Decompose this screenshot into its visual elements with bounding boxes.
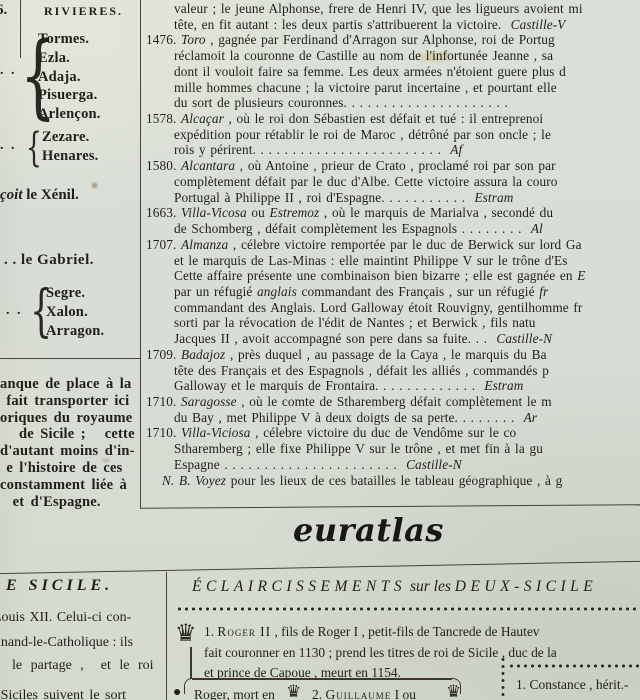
text-segment: Saragosse xyxy=(181,394,237,409)
battle-text-line: expédition pour rétablir le roi de Maroc… xyxy=(146,127,640,143)
scanned-atlas-page: 6. RIVIERES. . . { Tormes.Ezla.Adaja.Pis… xyxy=(0,0,640,700)
text-segment: , célebre victoire remportée par le duc … xyxy=(228,237,581,252)
text-segment: Al xyxy=(531,221,543,236)
battle-text-line: 1580. Alcantara , où Antoine , prieur de… xyxy=(146,158,640,174)
text-segment: Estram xyxy=(484,378,523,393)
text-line: Zezare. xyxy=(42,128,99,147)
crown-icon: ♛ xyxy=(446,682,461,700)
text-segment: Cette affaire présente une combinaison b… xyxy=(174,268,577,283)
genealogy-connector-line xyxy=(190,647,192,679)
battle-text-line: 1710. Saragosse , où le comte de Stharem… xyxy=(146,394,640,410)
battles-bottom-rule xyxy=(140,504,640,508)
leader-dots: . . xyxy=(0,63,17,79)
battle-text-line: rois y périrent. . . . . . . . . . . . .… xyxy=(146,142,640,158)
rivers-section-rule xyxy=(0,358,141,359)
text-segment: Almanza xyxy=(181,237,228,252)
text-segment: Alcantara xyxy=(181,158,235,173)
text-segment: , où le roi don Sébastien est défait et … xyxy=(224,111,543,126)
text-segment: 1710. xyxy=(146,394,181,409)
battle-text-line: mille hommes chacune ; la victoire parut… xyxy=(146,80,640,96)
text-segment: Roger, mort en xyxy=(194,687,275,700)
battle-text-line: Stharemberg ; elle fixe Philippe V sur l… xyxy=(146,441,640,457)
text-segment: du sort de plusieurs couronnes. . . . . … xyxy=(174,95,508,110)
text-segment: Badajoz xyxy=(181,347,225,362)
text-segment: commandant des Anglais. Lord Galloway ét… xyxy=(174,300,582,315)
text-line: et d'Espagne. xyxy=(0,494,135,511)
text-segment: sur les xyxy=(406,578,455,595)
text-segment: Espagne . . . . . . . . . . . . . . . . … xyxy=(174,457,406,472)
text-segment: Stharemberg ; elle fixe Philippe V sur l… xyxy=(174,441,543,456)
river-group-list: Tormes.Ezla.Adaja.Pisuerga.Arlençon. xyxy=(38,30,101,124)
text-segment: et le marquis de Las-Minas : elle mainti… xyxy=(174,253,568,268)
genealogy-cell: 1. Constance , hérit.- xyxy=(516,677,628,693)
text-line: dinand-le-Catholique : ils xyxy=(0,635,133,651)
battle-text-line: Cette affaire présente une combinaison b… xyxy=(146,268,640,284)
leader-dots: . . xyxy=(6,303,23,319)
text-segment: Castille-V xyxy=(511,17,566,32)
battle-text-line: complètement défait par le duc d'Albe. C… xyxy=(146,174,640,190)
text-segment: Guillaume xyxy=(326,687,392,700)
text-segment: ou xyxy=(247,205,270,220)
deceased-bullet-icon: ● xyxy=(173,685,181,700)
text-segment: , où le comte de Stharemberg défait comp… xyxy=(237,394,552,409)
text-segment: 1707. xyxy=(146,237,181,252)
text-segment: 1578. xyxy=(146,111,181,126)
text-segment: Af xyxy=(450,142,462,157)
battle-text-line: sorti par la révocation de l'édit de Nan… xyxy=(146,315,640,331)
text-segment: le Xénil. xyxy=(23,187,79,203)
river-group-list: Segre.Xalon.Arragon. xyxy=(46,284,104,340)
battle-text-line: 1709. Badajoz , près duquel , au passage… xyxy=(146,347,640,363)
text-segment: 1710. xyxy=(146,425,181,440)
text-segment: . . le Gabriel. xyxy=(4,252,94,268)
battle-text-line: Galloway et le marquis de Frontaira. . .… xyxy=(146,378,640,394)
battle-text-line: N. B. Voyez pour les lieux de ces batail… xyxy=(146,473,640,489)
battle-text-line: commandant des Anglais. Lord Galloway ét… xyxy=(146,300,640,316)
text-segment: , où Antoine , prieur de Crato , proclam… xyxy=(235,158,556,173)
text-segment: çoit xyxy=(0,187,23,203)
text-segment: , fils de Roger I , petit-fils de Tancre… xyxy=(271,624,539,639)
battle-text-line: tête, en fit autant : les deux partis s'… xyxy=(146,17,640,33)
crown-icon: ♛ xyxy=(175,619,197,647)
text-segment: mille hommes chacune ; la victoire parut… xyxy=(174,80,557,95)
dotted-border-horizontal xyxy=(508,663,640,669)
text-line: fait transporter ici xyxy=(0,393,135,410)
river-group-list: Zezare.Henares. xyxy=(42,128,99,166)
text-segment: sorti par la révocation de l'édit de Nan… xyxy=(174,315,536,330)
text-line: Ezla. xyxy=(38,49,101,68)
text-segment: de Schomberg , défait complètement les E… xyxy=(174,221,531,236)
text-segment: 1. Constance , hérit.- xyxy=(516,677,628,692)
eclaircissements-heading: ÉCLAIRCISSEMENTS sur les DEUX-SICILE xyxy=(192,578,597,596)
text-segment: Castille-N xyxy=(406,457,462,472)
dotted-separator xyxy=(176,606,640,612)
genealogy-cell: Roger, mort en xyxy=(194,687,275,700)
text-segment: fr xyxy=(539,284,548,299)
battle-text-line: réclamoit la couronne de Castille au nom… xyxy=(146,48,640,64)
text-line: Louis XII. Celui-ci con- xyxy=(0,610,131,626)
text-segment: rois y périrent. . . . . . . . . . . . .… xyxy=(174,142,450,157)
text-segment: 1. xyxy=(204,624,217,639)
text-segment: , célebre victoire du duc de Vendôme sur… xyxy=(251,425,517,440)
battle-text-line: 1578. Alcaçar , où le roi don Sébastien … xyxy=(146,111,640,127)
text-line: Tormes. xyxy=(38,30,101,49)
text-line: anque de place à la xyxy=(0,376,135,393)
text-segment: réclamoit la couronne de Castille au nom… xyxy=(174,48,553,63)
dotted-border-vertical xyxy=(500,656,506,700)
text-segment: expédition pour rétablir le roi de Maroc… xyxy=(174,127,551,142)
text-segment: pour les lieux de ces batailles le table… xyxy=(226,473,562,488)
cut-number-fragment: 6. xyxy=(0,2,7,19)
text-segment: anglais xyxy=(257,284,297,299)
battle-text-line: Espagne . . . . . . . . . . . . . . . . … xyxy=(146,457,640,473)
text-line: Henares. xyxy=(42,147,99,166)
text-line: Xalon. xyxy=(46,303,104,322)
battle-text-line: 1707. Almanza , célebre victoire remport… xyxy=(146,237,640,253)
text-segment: complètement défait par le duc d'Albe. C… xyxy=(174,174,558,189)
text-line: fait couronner en 1130 ; prend les titre… xyxy=(204,643,640,664)
text-segment: Roger II xyxy=(217,624,271,639)
text-segment: E xyxy=(577,268,585,283)
left-note-paragraph: anque de place à la fait transporter ici… xyxy=(0,376,135,510)
text-segment: 1580. xyxy=(146,158,181,173)
text-line: Pisuerga. xyxy=(38,86,101,105)
text-segment: Villa-Viciosa xyxy=(181,425,251,440)
text-line: de Sicile ; cette xyxy=(0,426,135,443)
text-line: Segre. xyxy=(46,284,104,303)
roger-paragraph: 1. Roger II , fils de Roger I , petit-fi… xyxy=(204,622,640,684)
euratlas-watermark: euratlas xyxy=(293,511,444,549)
text-segment: Portugal à Philippe II , roi d'Espagne. … xyxy=(174,190,474,205)
text-segment: Alcaçar xyxy=(181,111,224,126)
text-segment: I ou xyxy=(391,687,416,700)
text-segment: Castille-N xyxy=(496,331,552,346)
battle-text-line: par un réfugié anglais commandant des Fr… xyxy=(146,284,640,300)
sicile-heading: E SICILE. xyxy=(6,577,113,595)
text-line: oriques du royaume xyxy=(0,410,135,427)
brace-glyph: { xyxy=(26,128,42,168)
text-segment: Galloway et le marquis de Frontaira. . .… xyxy=(174,378,484,393)
text-segment: dont il vouloit faire sa femme. Les deux… xyxy=(174,64,566,79)
bottom-column-divider-rule xyxy=(166,572,167,700)
text-segment: 1663. xyxy=(146,205,181,220)
text-line: le partage , et le roi xyxy=(12,658,154,674)
text-line: -Siciles suivent le sort xyxy=(0,688,126,700)
text-segment: 1476. xyxy=(146,32,181,47)
leader-dots: . . xyxy=(0,138,17,154)
genealogy-connector-line xyxy=(192,678,452,680)
text-segment: , près duquel , au passage de la Caya , … xyxy=(225,347,546,362)
text-line: Arlençon. xyxy=(38,105,101,124)
text-segment: , gagnée par Ferdinand d'Arragon sur Alp… xyxy=(206,32,555,47)
text-segment: Estram xyxy=(474,190,513,205)
battle-text-line: de Schomberg , défait complètement les E… xyxy=(146,221,640,237)
text-segment: du Bay , met Philippe V à deux doigts de… xyxy=(174,410,524,425)
battle-text-line: 1663. Villa-Vicosa ou Estremoz , où le m… xyxy=(146,205,640,221)
crown-icon: ♛ xyxy=(286,682,301,700)
text-line: 1. Roger II , fils de Roger I , petit-fi… xyxy=(204,622,640,643)
text-segment: ÉCLAIRCISSEMENTS xyxy=(192,578,406,595)
text-segment: DEUX-SICILE xyxy=(455,578,598,595)
text-segment: 1709. xyxy=(146,347,181,362)
text-line: Adaja. xyxy=(38,68,101,87)
battle-text-line: dont il vouloit faire sa femme. Les deux… xyxy=(146,64,640,80)
gabriel-line: . . le Gabriel. xyxy=(4,252,94,269)
genealogy-cell: 2. Guillaume I ou xyxy=(312,687,416,700)
text-segment: , où le marquis de Marialva , secondé du xyxy=(319,205,553,220)
text-segment: Estremoz xyxy=(270,205,320,220)
text-segment: par un réfugié xyxy=(174,284,257,299)
text-segment: 2. xyxy=(312,687,326,700)
text-segment: Jacques II , avoit accompagné son pere d… xyxy=(174,331,496,346)
text-line: d'autant moins d'in- xyxy=(0,443,135,460)
text-segment: Toro xyxy=(181,32,206,47)
text-segment: tête, en fit autant : les deux partis s'… xyxy=(174,17,511,32)
battle-text-line: tête des Français et des Espagnols , déf… xyxy=(146,363,640,379)
battle-text-line: 1710. Villa-Viciosa , célebre victoire d… xyxy=(146,425,640,441)
text-segment: Villa-Vicosa xyxy=(181,205,247,220)
section-divider-rule xyxy=(0,561,640,574)
xenil-line: çoit le Xénil. xyxy=(0,187,79,204)
battle-text-line: Jacques II , avoit accompagné son pere d… xyxy=(146,331,640,347)
battle-text-line: du sort de plusieurs couronnes. . . . . … xyxy=(146,95,640,111)
rivers-main-divider-rule xyxy=(140,0,141,508)
text-segment: commandant des Français , sur un réfugié xyxy=(297,284,539,299)
text-line: Arragon. xyxy=(46,322,104,341)
battle-text-line: valeur ; le jeune Alphonse, frere de Hen… xyxy=(146,1,640,17)
battles-column: valeur ; le jeune Alphonse, frere de Hen… xyxy=(146,1,640,488)
rivers-column-header: RIVIERES. xyxy=(44,4,123,19)
battle-text-line: Portugal à Philippe II , roi d'Espagne. … xyxy=(146,190,640,206)
text-line: constamment liée à xyxy=(0,477,135,494)
battle-text-line: et le marquis de Las-Minas : elle mainti… xyxy=(146,253,640,269)
text-segment: N. B. Voyez xyxy=(162,473,226,488)
battle-text-line: du Bay , met Philippe V à deux doigts de… xyxy=(146,410,640,426)
battle-text-line: 1476. Toro , gagnée par Ferdinand d'Arra… xyxy=(146,32,640,48)
text-segment: Ar xyxy=(524,410,538,425)
text-line: e l'histoire de ces xyxy=(0,460,135,477)
text-segment: valeur ; le jeune Alphonse, frere de Hen… xyxy=(174,1,583,16)
paper-stain xyxy=(90,181,99,190)
text-segment: tête des Français et des Espagnols , déf… xyxy=(174,363,549,378)
